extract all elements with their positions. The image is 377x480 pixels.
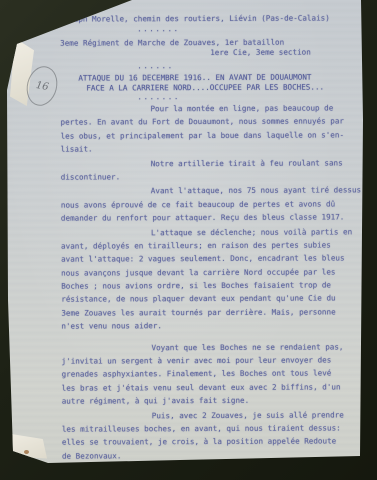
typed-line: les bras et j'étais venu seul devant eux…: [62, 380, 364, 395]
document-page: 16 Joseph Morelle, chemin des routiers, …: [0, 0, 377, 480]
typed-line: de Bezonvaux.: [62, 448, 364, 463]
typed-line: nous avançons jusque devant la carrière …: [61, 265, 363, 280]
typed-line: j'invitai un sergent à venir avec moi po…: [62, 353, 364, 368]
typed-line: les obus, et principalement par la boue …: [61, 128, 363, 143]
dotted-separator: .......: [137, 23, 362, 33]
document-title-line-2: FACE A LA CARRIERE NORD....OCCUPEE PAR L…: [86, 82, 362, 93]
typed-line: elles se trouvaient, je crois, à la posi…: [62, 435, 364, 450]
typed-line: demander du renfort pour attaquer. Reçu …: [61, 210, 363, 225]
archival-number: 16: [35, 79, 49, 92]
typed-line: discontinuer.: [61, 169, 363, 184]
typed-line: résistance, de nous plaquer devant eux p…: [61, 292, 363, 307]
author-address-line: Joseph Morelle, chemin des routiers, Lié…: [60, 12, 362, 24]
typed-line: lisait.: [61, 142, 363, 157]
paper-tear-bottom-left: [5, 430, 47, 460]
typed-line: grenades asphyxiantes. Finalement, les B…: [62, 367, 364, 382]
typed-line: avant, déployés en tirailleurs; en raiso…: [61, 238, 363, 253]
body-text: Pour la montée en ligne, pas beaucoup de…: [60, 101, 364, 462]
paper-stain: [24, 450, 29, 454]
typed-line: avant l'attaque: 2 vagues seulement. Don…: [61, 252, 363, 267]
typed-line: nous avons éprouvé de ce fait beaucoup d…: [61, 197, 363, 212]
typed-line: autre régiment, à qui j'avais fait signe…: [62, 394, 364, 409]
typed-line: Voyant que les Boches ne se rendaient pa…: [61, 340, 363, 355]
typewritten-text: Joseph Morelle, chemin des routiers, Lié…: [60, 12, 364, 462]
dotted-separator: .......: [137, 91, 362, 101]
typed-line: Boches ; nous avions ordre, si les Boche…: [61, 278, 363, 293]
company-section-line: 1ere Cie, 3eme section: [210, 47, 362, 58]
dotted-separator: ......: [137, 60, 362, 70]
typed-line: les mitrailleuses boches, en avant, qui …: [62, 421, 364, 436]
typed-line: Avant l'attaque, nos 75 nous ayant tiré …: [61, 184, 363, 199]
typed-line: 3eme Zouaves les aurait tournés par derr…: [61, 305, 363, 320]
photographed-document-scan: 16 Joseph Morelle, chemin des routiers, …: [0, 0, 377, 480]
typed-line: n'est venu nous aider.: [61, 319, 363, 334]
typed-line: Notre artillerie tirait à feu roulant sa…: [61, 156, 363, 171]
typed-line: Pour la montée en ligne, pas beaucoup de: [60, 101, 362, 116]
typed-line: L'attaque se déclenche; nous voilà parti…: [61, 225, 363, 240]
typed-line: Puis, avec 2 Zouaves, je suis allé prend…: [62, 408, 364, 423]
typed-line: pertes. En avant du Fort de Douaumont, n…: [60, 115, 362, 130]
